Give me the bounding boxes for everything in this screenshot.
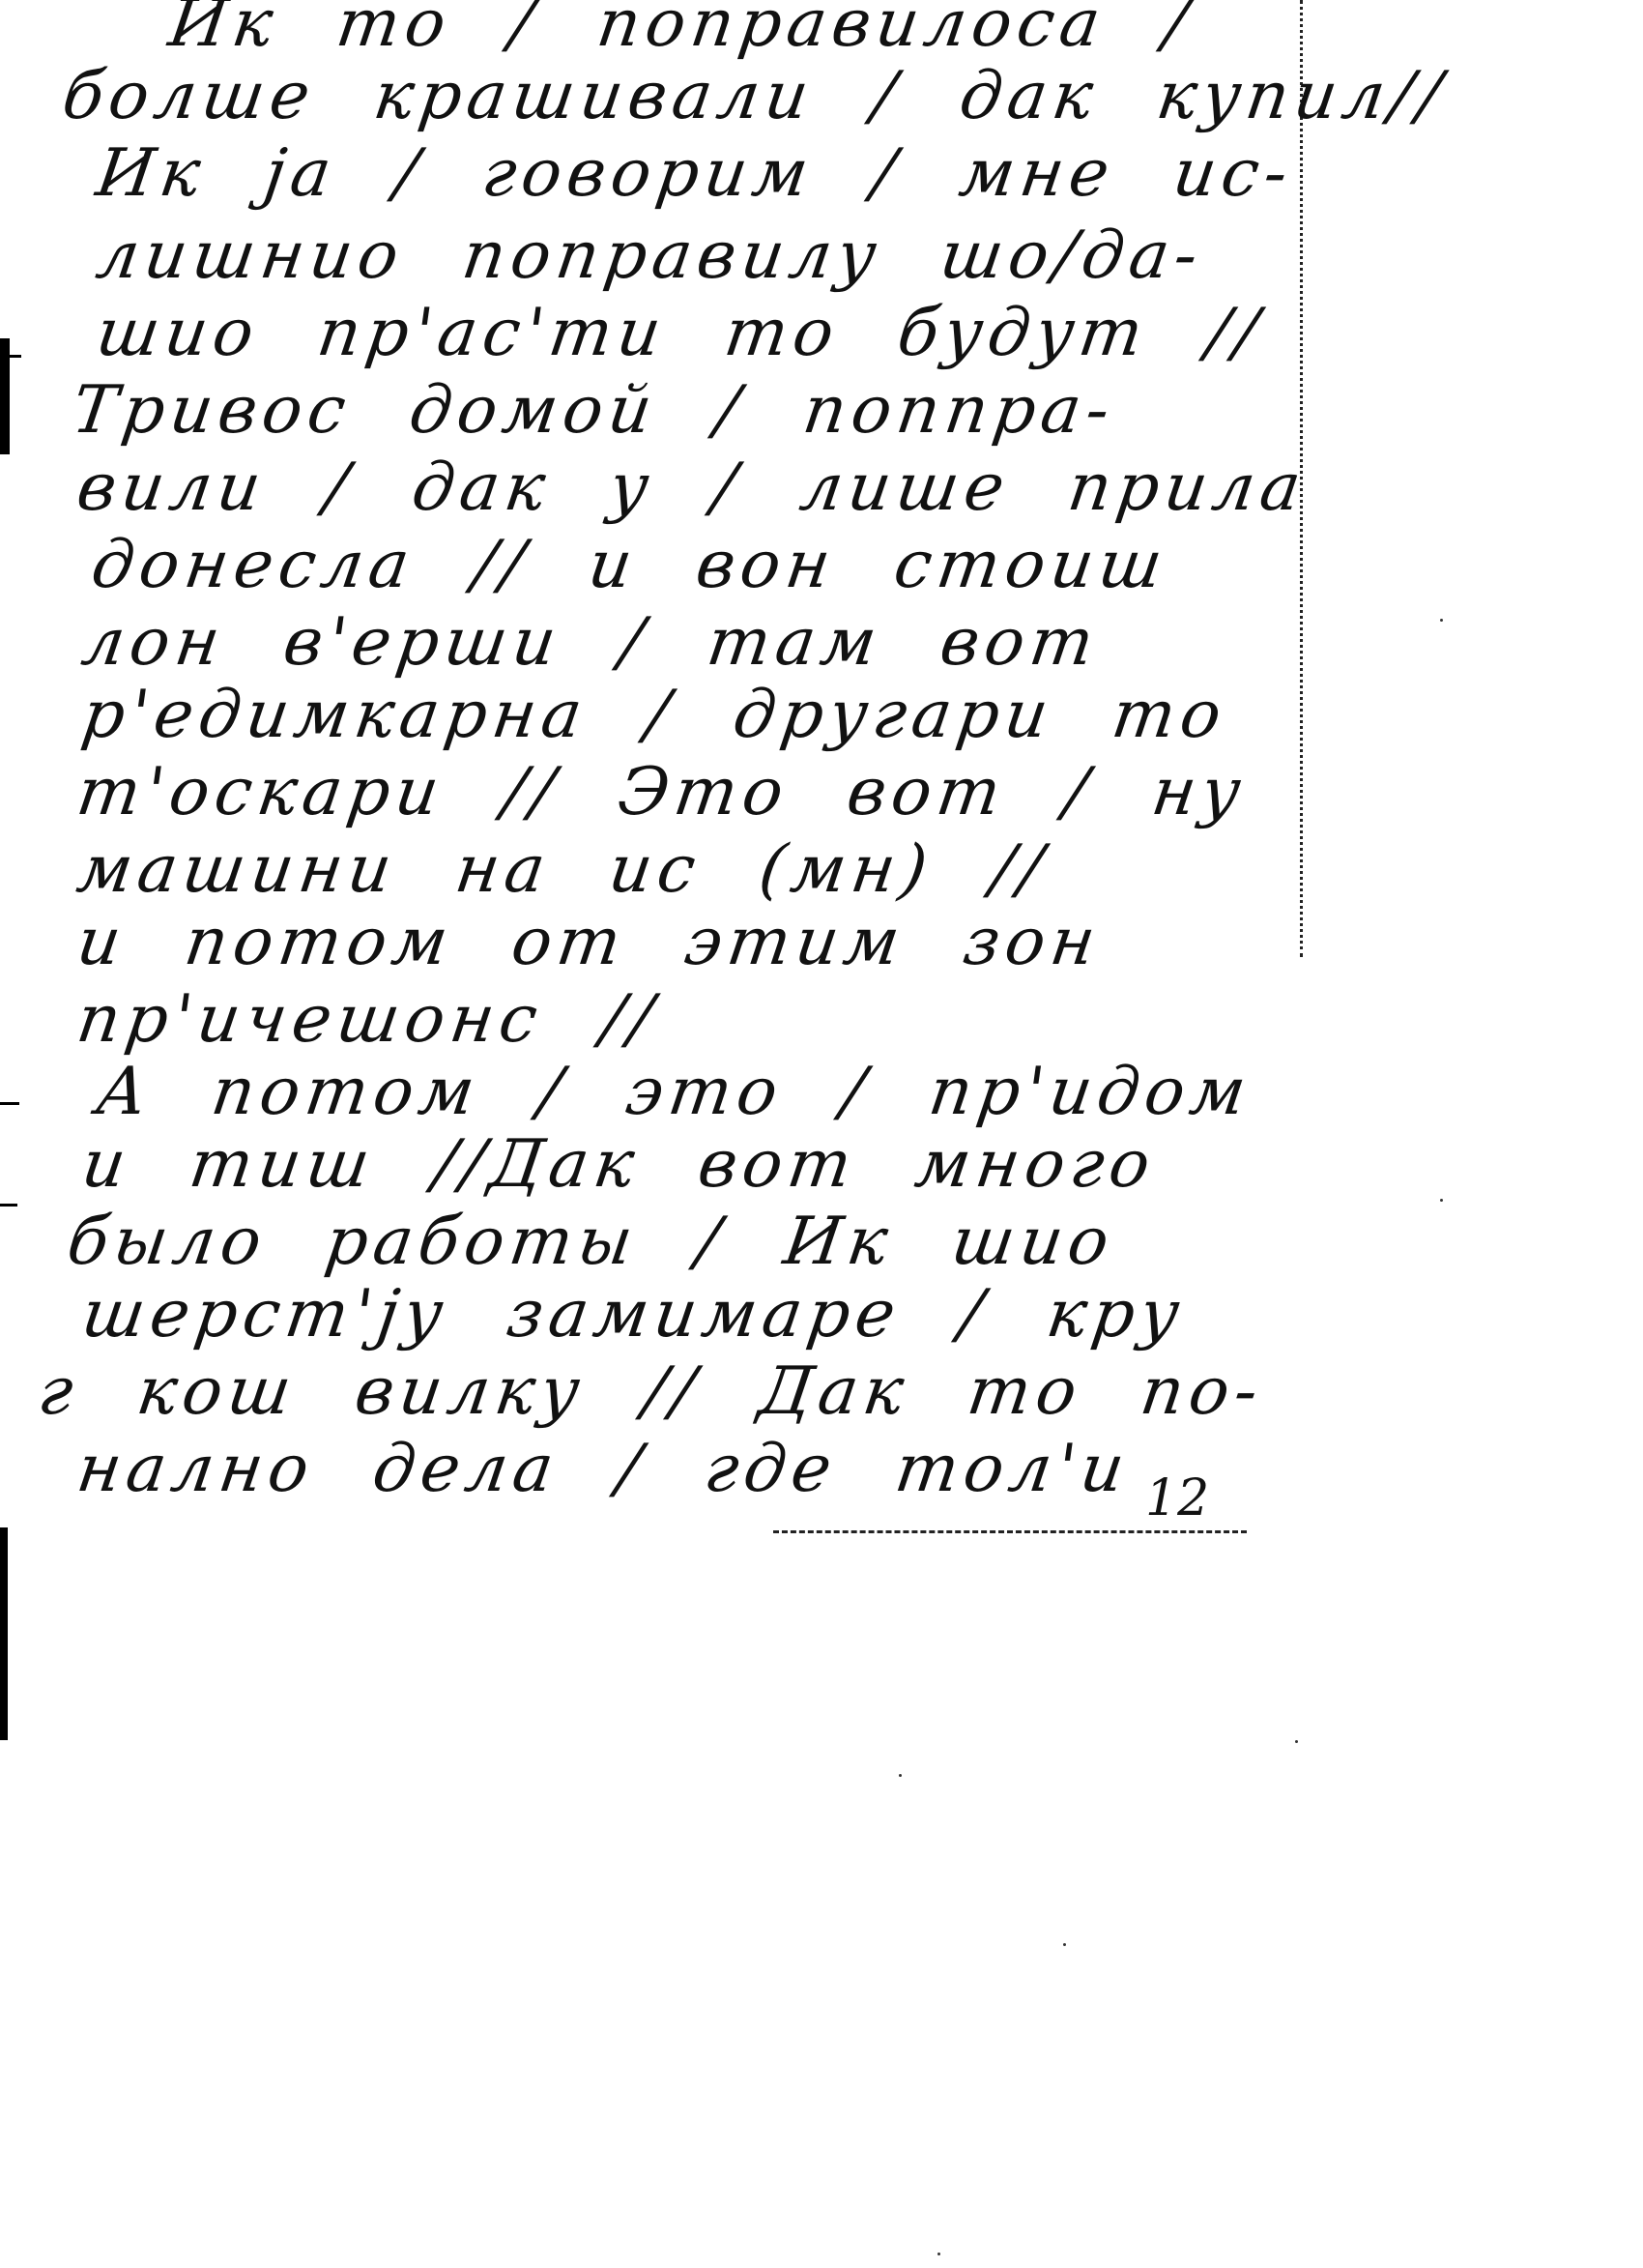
page-number: 12 [1145, 1469, 1209, 1527]
manuscript-line: нално дела / где тол'и [72, 1431, 1135, 1507]
left-tick-mark [0, 1204, 17, 1207]
scan-speck [1063, 1943, 1066, 1946]
scanned-page: Ик то / поправилоса / болше крашивали / … [0, 0, 1643, 2268]
manuscript-line: шио пр'ас'ти то будут // [92, 295, 1269, 371]
manuscript-line: и потом от этим зон [72, 904, 1106, 980]
scan-speck [1295, 1740, 1298, 1743]
manuscript-line: Ик то / поправилоса / [164, 0, 1198, 62]
manuscript-line: было работы / Ик шио [63, 1204, 1119, 1280]
scan-speck [1440, 1199, 1443, 1202]
manuscript-line: А потом / это / пр'идом [92, 1054, 1256, 1130]
scan-speck [937, 2253, 940, 2255]
manuscript-line: шерст'ју замимаре / кру [77, 1276, 1190, 1352]
left-tick-mark [0, 1102, 19, 1105]
left-tick-mark [0, 355, 21, 358]
manuscript-line: т'оскари // Это вот / ну [72, 754, 1251, 830]
manuscript-line: и тиш //Дак вот много [77, 1126, 1161, 1203]
scan-speck [1440, 619, 1443, 622]
manuscript-line: машини на ис (мн) // [72, 831, 1053, 908]
manuscript-line: лишнио поправилу шо/да- [92, 218, 1208, 294]
bottom-rule [773, 1530, 1247, 1533]
manuscript-line: лон в'ерши / там вот [77, 604, 1104, 681]
left-binding-mark [0, 1527, 8, 1740]
manuscript-line: Тривос домой / поппра- [68, 372, 1120, 449]
manuscript-line: вили / дак у / лише прила [72, 450, 1311, 526]
manuscript-line: донесла // и вон стоиш [87, 527, 1172, 603]
manuscript-line: р'едимкарна / другари то [77, 677, 1231, 753]
manuscript-line: пр'ичешонс // [72, 981, 663, 1058]
scan-speck [899, 1774, 902, 1777]
manuscript-line: болше крашивали / дак купил// [58, 58, 1452, 134]
manuscript-line: г кош вилку // Дак то по- [34, 1353, 1268, 1430]
manuscript-line: Ик ја / говорим / мне ис- [92, 135, 1298, 212]
